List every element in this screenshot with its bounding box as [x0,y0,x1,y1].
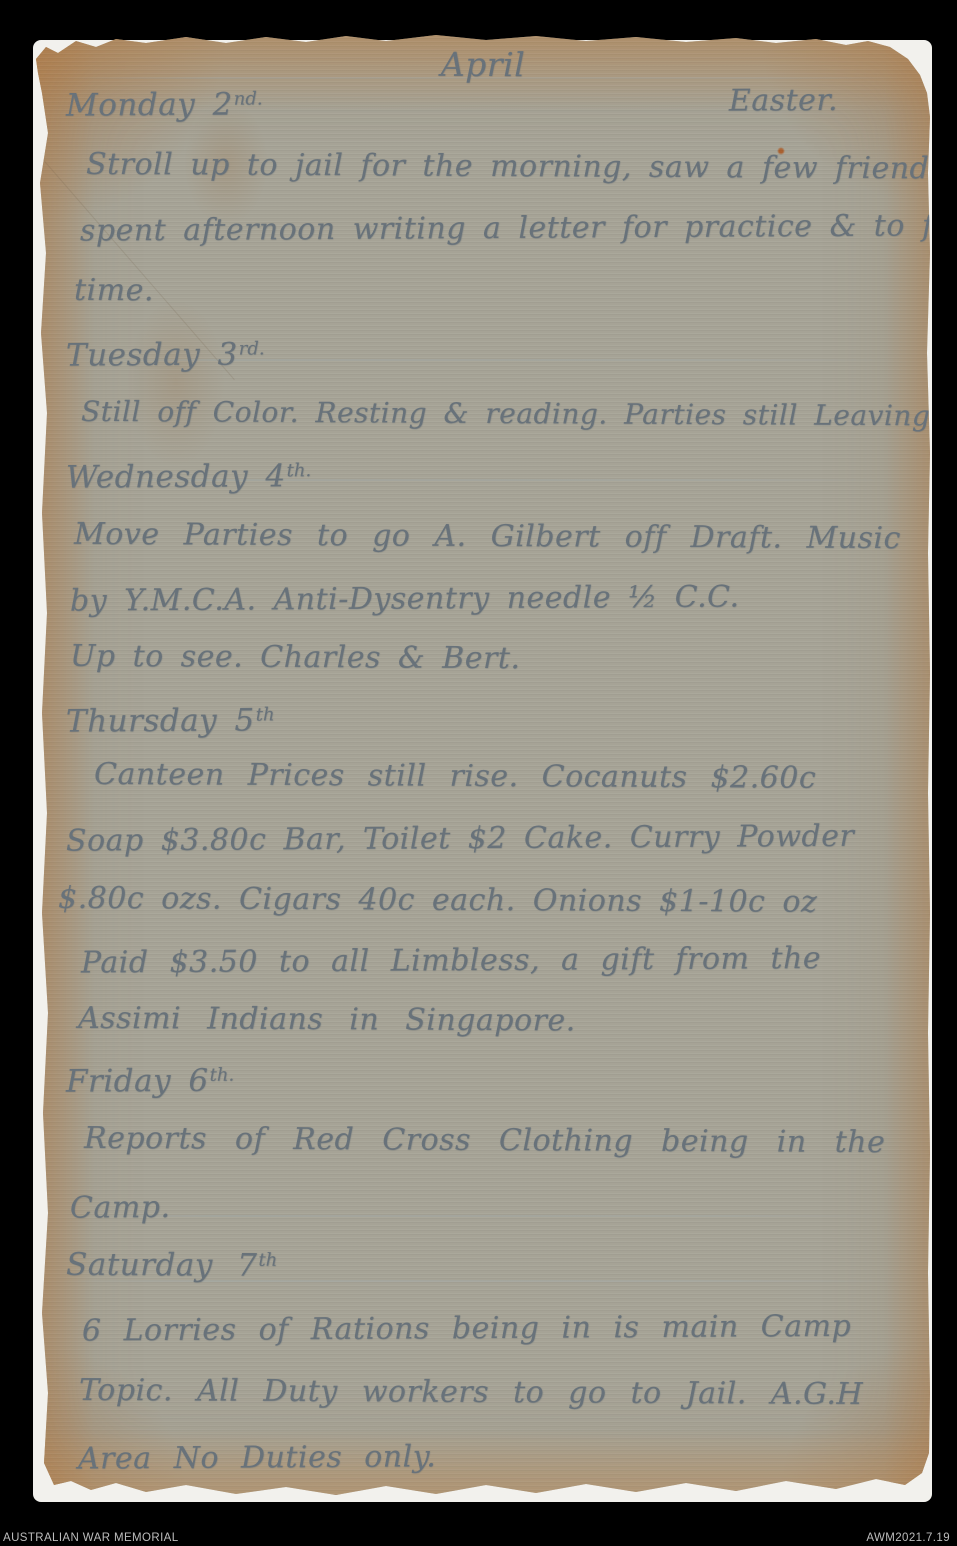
diary-page: April Monday 2nd. Easter. Stroll up to j… [36,33,930,1495]
entry-day-label: Tuesday 3 [66,337,238,374]
entry-line: Still off Color. Resting & reading. Part… [66,395,922,451]
entry-day-ordinal: rd. [239,338,265,359]
entry-line: 6 Lorries of Rations being in is main Ca… [66,1308,922,1365]
entry-line: Move Parties to go A. Gilbert off Draft.… [66,517,922,573]
entry-heading-tuesday: Tuesday 3rd. [66,332,922,389]
entry-line: time. [66,273,922,329]
entry-day-ordinal: th. [287,460,312,481]
entry-day: Monday 2nd. [66,86,263,139]
entry-day-ordinal: th [256,704,275,725]
entry-day-label: Friday 6 [66,1063,209,1100]
entry-line: Topic. All Duty workers to go to Jail. A… [66,1373,922,1429]
entry-day-label: Saturday 7 [66,1247,258,1284]
scanned-document-view: April Monday 2nd. Easter. Stroll up to j… [0,0,957,1546]
entry-day-label: Wednesday 4 [66,458,286,495]
entry-line: by Y.M.C.A. Anti-Dysentry needle ½ C.C. [66,578,922,635]
entry-line: Canteen Prices still rise. Cocanuts $2.6… [66,757,922,813]
entry-day-label: Thursday 5 [66,702,255,739]
entry-day-ordinal: nd. [234,88,263,109]
entry-line: Assimi Indians in Singapore. [66,1001,922,1057]
entry-heading-wednesday: Wednesday 4th. [66,454,922,511]
entry-line: spent afternoon writing a letter for pra… [66,208,922,265]
entry-heading-friday: Friday 6th. [66,1058,922,1115]
entry-heading-thursday: Thursday 5th [66,698,922,755]
footer-catalogue-number: AWM2021.7.19 [866,1532,950,1544]
entry-line: Stroll up to jail for the morning, saw a… [66,147,922,203]
entry-line: $.80c ozs. Cigars 40c each. Onions $1-10… [58,881,922,938]
entry-day-ordinal: th. [210,1065,235,1086]
entry-line: Camp. [66,1185,922,1242]
entry-line: Soap $3.80c Bar, Toilet $2 Cake. Curry P… [66,818,922,875]
entry-day-ordinal: th [258,1250,277,1271]
entry-day-label: Monday 2 [66,87,233,124]
entry-heading-monday: Monday 2nd. Easter. [66,82,922,139]
catalogue-footer: AUSTRALIAN WAR MEMORIAL AWM2021.7.19 [0,1532,957,1544]
entry-line: Up to see. Charles & Bert. [66,639,922,695]
footer-institution: AUSTRALIAN WAR MEMORIAL [3,1532,179,1544]
entry-line: Reports of Red Cross Clothing being in t… [66,1121,922,1177]
entry-line: Paid $3.50 to all Limbless, a gift from … [66,940,922,997]
entry-heading-saturday: Saturday 7th [66,1247,922,1303]
easter-note: Easter. [729,83,838,136]
